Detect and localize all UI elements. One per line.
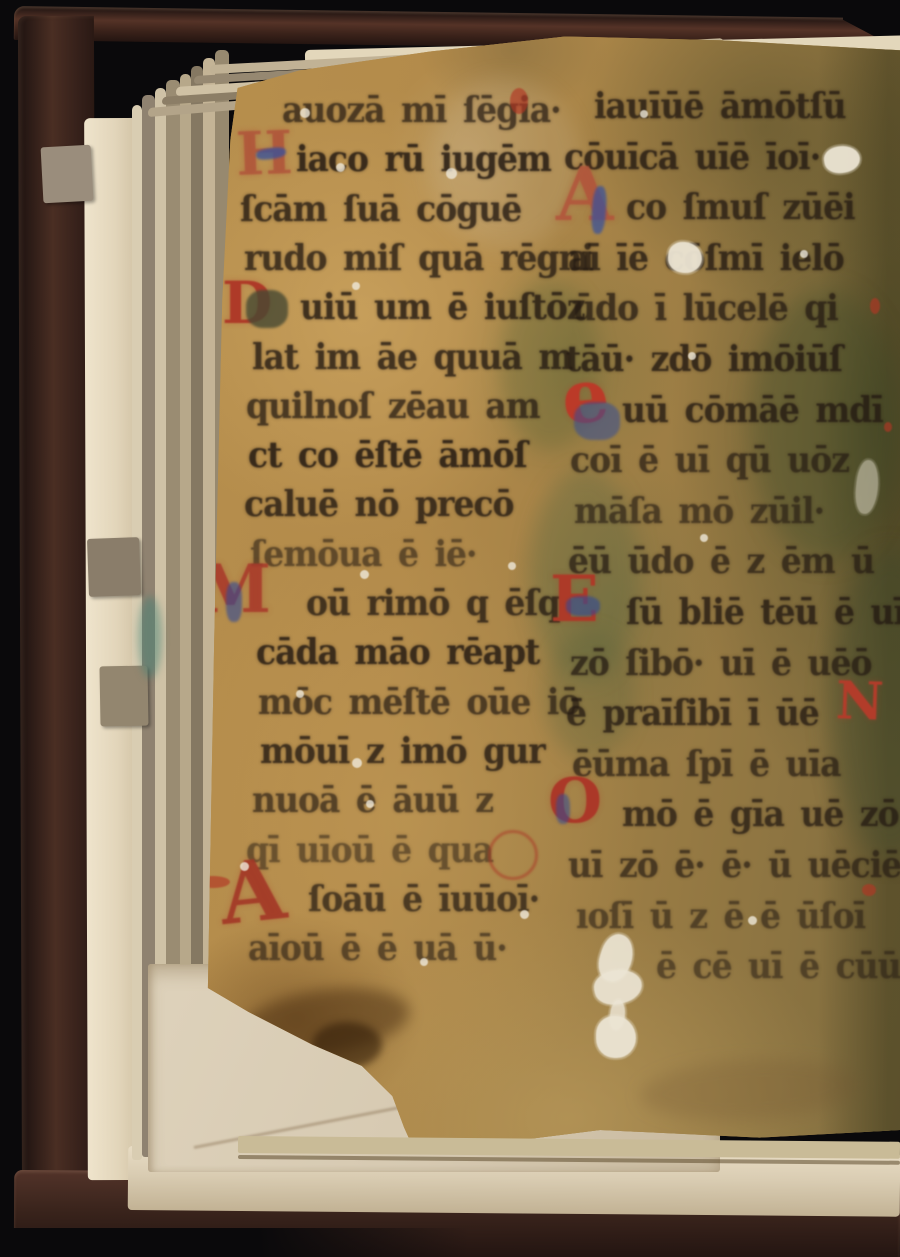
manuscript-text-line: uī zō ē· ē· ū uēciē [568,843,900,886]
ink-flake-fleck [296,690,304,698]
red-ring-mark [488,830,538,880]
manuscript-text-line: ſū bliē tēū ē uī [626,590,900,633]
manuscript-text-line: ē cē uī ē cūūſ· [656,944,900,987]
manuscript-text-line: mōc mēſtē oūe iō [258,680,579,723]
manuscript-text-line: lat im āe quuā m [252,335,572,378]
ink-flake-fleck [352,758,362,768]
red-pigment-speck [510,88,528,114]
leather-tab [41,145,94,204]
manuscript-text-line: quilnoſ zēau am [246,384,540,427]
ink-flake-fleck [336,163,345,172]
manuscript-text-line: ıoſī ū z ē ē ūſoī [576,894,865,937]
ink-flake-fleck [508,562,516,570]
ink-flake-fleck [352,282,360,290]
ink-flake-fleck [420,958,428,966]
ink-flake-fleck [240,862,249,871]
manuscript-photo: auozā mī ſēgia·iaco rū iugēmſcām ſuā cōg… [0,0,900,1257]
manuscript-text-line: ſcām ſuā cōguē [240,187,521,230]
ink-flake-fleck [300,108,310,118]
parchment-hole [596,1016,636,1058]
ink-flake-fleck [520,910,529,919]
ink-flake-fleck [446,168,457,179]
illuminated-initial: N [835,675,884,729]
manuscript-text-line: ſoāū ē īuūoī· [308,877,539,920]
blue-pen-flourish [574,402,620,440]
leather-tab [99,666,148,727]
manuscript-text-line: rudo miſ quā rēgni [244,236,593,279]
blue-pen-flourish [226,582,242,622]
manuscript-text-line: ct co ēſtē āmōſ [248,433,527,476]
manuscript-text-line: co ſmuſ zūēi [626,185,855,228]
red-pigment-speck [870,298,880,314]
manuscript-text-line: ūdo ī lūcelē qi [572,286,838,329]
ink-flake-fleck [800,250,808,258]
manuscript-text-line: caluē nō precō [244,482,514,525]
manuscript-text-line: mōuī z imō gur [260,729,545,772]
leather-tab [87,537,141,597]
manuscript-text-line: aī īē cōſmī ielō [568,236,844,279]
manuscript-text-line: ēū ūdo ē z ēm ū [568,539,874,582]
manuscript-text-line: zō ſibō· uī ē uēō [570,641,872,684]
manuscript-text-line: māſa mō zūil· [574,489,824,532]
manuscript-text-line: cāda māo rēapt [256,630,539,673]
manuscript-text-line: mō ē gīa uē zō [622,792,899,835]
ink-flake-fleck [366,800,374,808]
manuscript-text-line: iaco rū iugēm [296,137,551,180]
red-pigment-speck [884,422,892,432]
teal-stain [138,596,162,678]
ink-flake-fleck [748,916,757,925]
illuminated-initial: A [216,847,290,937]
background-bottom-left [0,1228,470,1257]
manuscript-text-line: coī ē uī qū uōz [570,438,849,481]
manuscript-text-line: uiū um ē iuſtōz [300,285,585,328]
ink-flake-fleck [700,534,708,542]
manuscript-text-line: oū rimō q ēſq· [306,581,570,624]
blue-pen-flourish [566,596,600,616]
ink-flake-fleck [688,352,696,360]
manuscript-text-line: uū cōmāē mdī [622,388,883,431]
ink-flake-fleck [360,570,369,579]
manuscript-text-line: ē praīſibī ī ūē [566,691,819,734]
red-pigment-speck [862,884,876,896]
blue-pen-flourish [246,290,288,328]
manuscript-text-line: qī uīoū ē qua [246,828,493,871]
manuscript-text-line: ēūma ſpī ē uīa [572,742,840,785]
manuscript-text-line: iauīūē āmōtſū [594,84,846,127]
ink-flake-fleck [640,110,648,118]
blue-pen-flourish [556,794,570,824]
